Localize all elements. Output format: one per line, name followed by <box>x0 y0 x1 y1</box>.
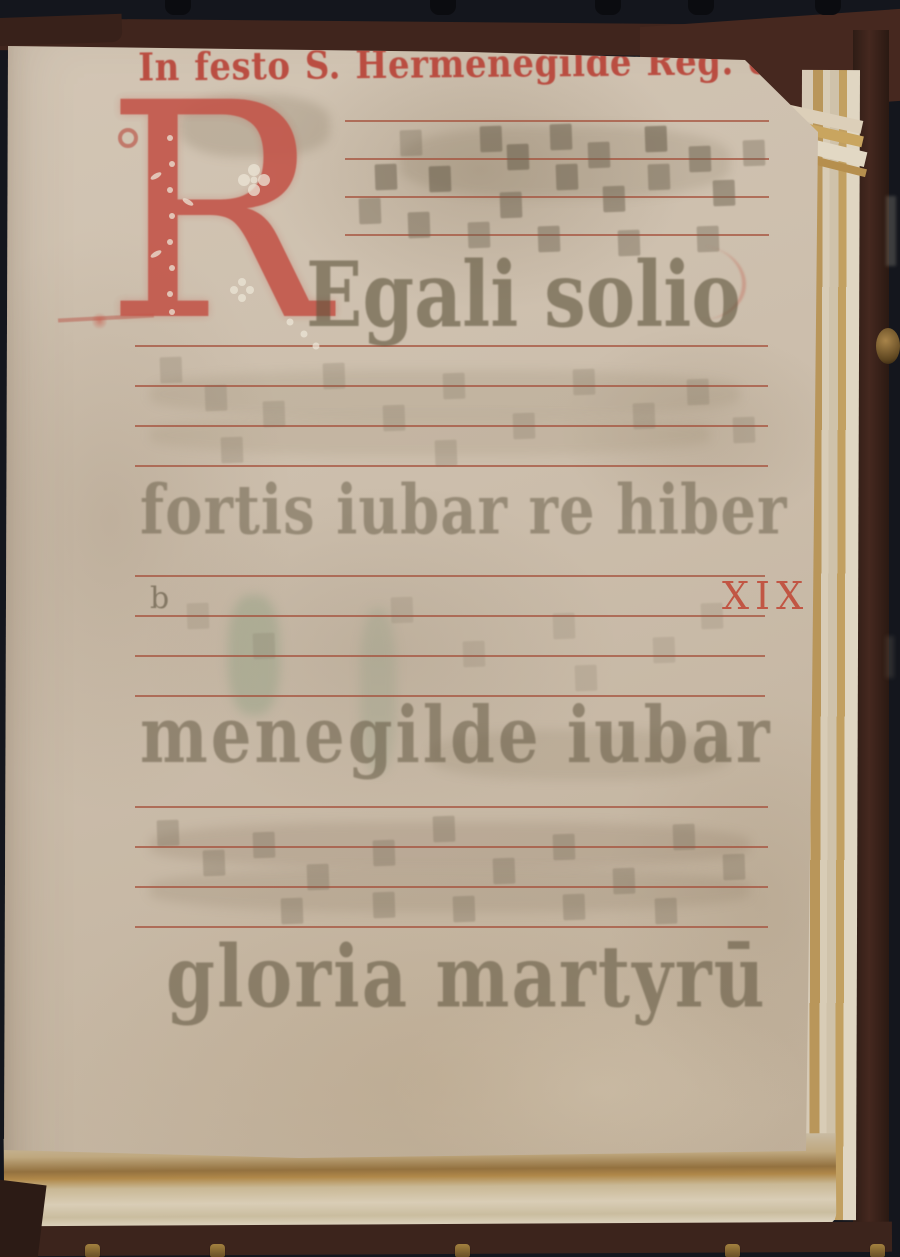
folio-number: XIX <box>722 574 809 618</box>
neume <box>307 864 330 891</box>
neume <box>429 166 452 193</box>
neume <box>373 892 396 919</box>
neume <box>687 379 710 406</box>
cover-knob-icon <box>595 0 621 15</box>
staff-line <box>135 886 768 888</box>
binding-stud-icon <box>725 1244 740 1257</box>
chant-text-line: Egali solio <box>306 243 741 348</box>
staff-line <box>345 120 769 122</box>
neume <box>391 597 414 624</box>
neume <box>359 198 382 225</box>
neume <box>550 124 573 151</box>
neume <box>633 403 656 430</box>
neume <box>433 816 456 843</box>
chant-text-line: menegilde iubar <box>140 690 773 782</box>
binding-stud-icon <box>85 1244 100 1257</box>
neume <box>463 641 486 668</box>
staff-line <box>135 575 765 577</box>
neume <box>157 820 180 847</box>
neume <box>408 212 431 239</box>
neume <box>553 613 576 640</box>
neume <box>743 140 766 167</box>
neume <box>645 126 668 153</box>
neume <box>653 637 676 664</box>
neume <box>253 832 276 859</box>
neume <box>187 603 210 630</box>
neume <box>383 405 406 432</box>
neume <box>575 665 598 692</box>
binding-stud-icon <box>455 1244 470 1257</box>
neume <box>713 180 736 207</box>
neume <box>588 142 611 169</box>
neume <box>203 850 226 877</box>
neume <box>375 164 398 191</box>
neume <box>556 164 579 191</box>
neume <box>507 144 530 171</box>
neume <box>435 440 458 467</box>
book-cover-corner <box>0 14 122 47</box>
music-staff <box>135 575 765 697</box>
cover-knob-icon <box>815 0 841 15</box>
music-staff <box>135 806 768 928</box>
neume <box>205 385 228 412</box>
neume <box>648 164 671 191</box>
music-staff <box>345 120 769 236</box>
clef-b: b <box>150 581 169 616</box>
neume <box>563 894 586 921</box>
clasp-fitting-icon <box>886 636 894 678</box>
neume <box>281 898 304 925</box>
staff-line <box>135 806 768 808</box>
parchment-page: In festo S. Hermenegilde Reg. et M. R <box>0 0 900 1257</box>
neume <box>480 126 503 153</box>
staff-line <box>135 425 768 427</box>
neume <box>500 192 523 219</box>
cover-knob-icon <box>688 0 714 15</box>
staff-line <box>345 196 769 198</box>
chant-text-line: gloria martyrū <box>166 926 767 1027</box>
neume <box>453 896 476 923</box>
neume <box>373 840 396 867</box>
neume <box>701 603 724 630</box>
neume <box>221 437 244 464</box>
book-cover-bottom <box>0 1222 892 1257</box>
neume <box>493 858 516 885</box>
brass-clasp-knob-icon <box>876 328 900 364</box>
neume <box>723 854 746 881</box>
neume <box>655 898 678 925</box>
cover-knob-icon <box>430 0 456 15</box>
neume <box>443 373 466 400</box>
neume <box>513 413 536 440</box>
neume <box>253 633 276 660</box>
cover-knob-icon <box>165 0 191 15</box>
manuscript-photo: In festo S. Hermenegilde Reg. et M. R <box>0 0 900 1257</box>
neume <box>603 186 626 213</box>
staff-line <box>135 615 765 617</box>
neume <box>573 369 596 396</box>
binding-stud-icon <box>210 1244 225 1257</box>
clasp-fitting-icon <box>886 196 896 266</box>
neume <box>673 824 696 851</box>
neume <box>400 130 423 157</box>
neume <box>613 868 636 895</box>
neume <box>553 834 576 861</box>
chant-text-line: fortis iubar re hiber <box>140 470 787 551</box>
neume <box>263 401 286 428</box>
neume <box>689 146 712 173</box>
neume <box>733 417 756 444</box>
binding-stud-icon <box>870 1244 885 1257</box>
